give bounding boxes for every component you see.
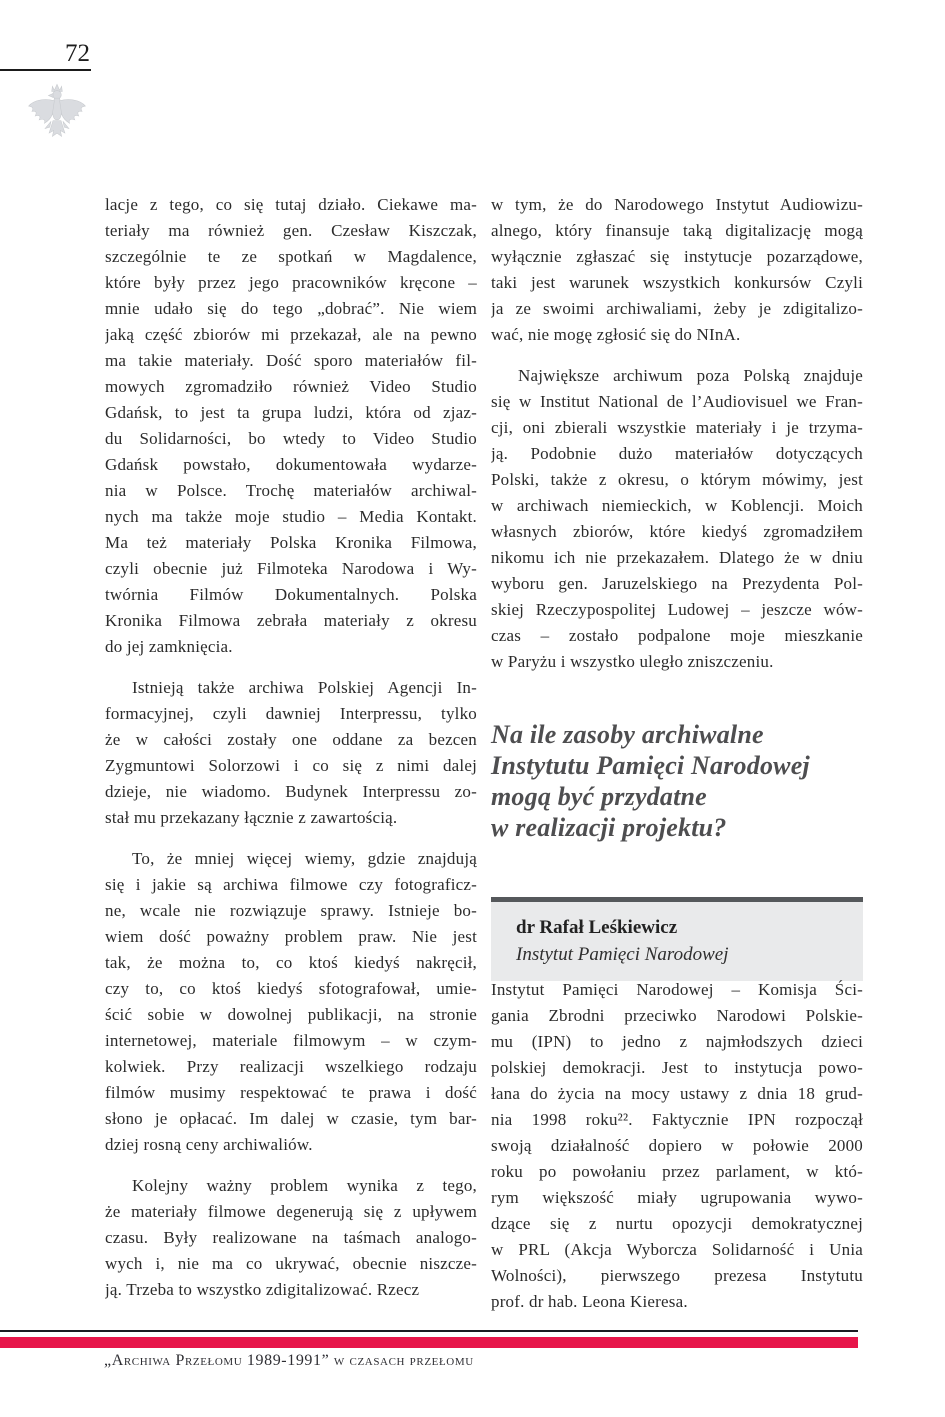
text-line: ją. Podobnie dużo materiałów dotyczących xyxy=(491,441,863,467)
text-line: ja ze swoimi archiwaliami, żeby je zdigi… xyxy=(491,296,863,322)
text-line: rym większość miały ugrupowania wywo- xyxy=(491,1185,863,1211)
section-heading-line: w realizacji projektu? xyxy=(491,812,873,843)
footer-rule xyxy=(0,1330,858,1332)
text-line: że materiały filmowe degenerują się z up… xyxy=(105,1199,477,1225)
text-line: roku po powołaniu przez parlament, w któ… xyxy=(491,1159,863,1185)
text-line: czas – zostało podpalone moje mieszkanie xyxy=(491,623,863,649)
text-line: w archiwach niemieckich, w Koblencji. Mo… xyxy=(491,493,863,519)
text-line: Największe archiwum poza Polską znajduje xyxy=(491,363,863,389)
paragraph: w tym, że do Narodowego Instytut Audiowi… xyxy=(491,192,863,348)
text-line: jaką część zbiorów mi przekazał, ale na … xyxy=(105,322,477,348)
section-heading-line: mogą być przydatne xyxy=(491,781,873,812)
text-line: mu (IPN) to jedno z najmłodszych dzieci xyxy=(491,1029,863,1055)
text-line: taki jest warunek wszystkich konkursów C… xyxy=(491,270,863,296)
text-line: polskiej demokracji. Jest to instytucja … xyxy=(491,1055,863,1081)
author-affiliation: Instytut Pamięci Narodowej xyxy=(516,941,853,968)
text-line: łana do życia na mocy ustawy z dnia 18 g… xyxy=(491,1081,863,1107)
document-page: 72 lacje z tego, co się tutaj działo. Ci… xyxy=(0,0,945,1417)
text-line: ścić sobie w dowolnej publikacji, na str… xyxy=(105,1002,477,1028)
text-line: lacje z tego, co się tutaj działo. Cieka… xyxy=(105,192,477,218)
footer-red-bar xyxy=(0,1337,858,1348)
footer-running-title: „Archiwa Przełomu 1989-1991” w czasach p… xyxy=(104,1352,474,1370)
text-line: internetowej, materiale filmowym – w czy… xyxy=(105,1028,477,1054)
text-line: które były przez jego pracowników kręcon… xyxy=(105,270,477,296)
text-line: nia w Polsce. Trochę materiałów archiwal… xyxy=(105,478,477,504)
text-line: ma takie materiały. Dość sporo materiałó… xyxy=(105,348,477,374)
text-line: szczególnie te ze spotkań w Magdalence, xyxy=(105,244,477,270)
text-line: Istnieją także archiwa Polskiej Agencji … xyxy=(105,675,477,701)
text-line: ją. Trzeba to wszystko zdigitalizować. R… xyxy=(105,1277,477,1303)
text-line: słono je opłacać. Im dalej w czasie, tym… xyxy=(105,1106,477,1132)
text-line: do jej zamknięcia. xyxy=(105,634,477,660)
text-line: Zygmuntowi Solorzowi i co się z nimi dal… xyxy=(105,753,477,779)
text-line: Kolejny ważny problem wynika z tego, xyxy=(105,1173,477,1199)
text-line: w PRL (Akcja Wyborcza Solidarność i Unia xyxy=(491,1237,863,1263)
paragraph: Instytut Pamięci Narodowej – Komisja Ści… xyxy=(491,977,863,1315)
paragraph: lacje z tego, co się tutaj działo. Cieka… xyxy=(105,192,477,660)
text-line: w Paryżu i wszystko uległo zniszczeniu. xyxy=(491,649,863,675)
text-line: Ma też materiały Polska Kronika Filmowa, xyxy=(105,530,477,556)
text-line: się i jakie są archiwa filmowe czy fotog… xyxy=(105,872,477,898)
text-line: że w całości zostały one oddane za bezce… xyxy=(105,727,477,753)
text-line: Polski, także z okresu, o którym mówimy,… xyxy=(491,467,863,493)
text-line: teriały ma również gen. Czesław Kiszczak… xyxy=(105,218,477,244)
text-line: wyłącznie zgłaszać się instytucje pozarz… xyxy=(491,244,863,270)
text-line: nych ma także moje studio – Media Kontak… xyxy=(105,504,477,530)
text-line: Kronika Filmowa zebrała materiały z okre… xyxy=(105,608,477,634)
text-line: stał mu przekazany łącznie z zawartością… xyxy=(105,805,477,831)
author-name: dr Rafał Leśkiewicz xyxy=(516,914,853,941)
text-line: czyli obecnie już Filmoteka Narodowa i W… xyxy=(105,556,477,582)
text-line: wych i, nie ma co ukrywać, obecnie niszc… xyxy=(105,1251,477,1277)
text-line: Instytut Pamięci Narodowej – Komisja Ści… xyxy=(491,977,863,1003)
text-line: filmów musimy respektować te prawa i doś… xyxy=(105,1080,477,1106)
paragraph: Największe archiwum poza Polską znajduje… xyxy=(491,363,863,675)
text-line: w tym, że do Narodowego Instytut Audiowi… xyxy=(491,192,863,218)
author-info-box: dr Rafał Leśkiewicz Instytut Pamięci Nar… xyxy=(491,897,863,981)
paragraph: Istnieją także archiwa Polskiej Agencji … xyxy=(105,675,477,831)
text-line: własnych zbiorów, które kiedyś zgromadzi… xyxy=(491,519,863,545)
text-line: mowych zgromadziło również Video Studio xyxy=(105,374,477,400)
text-line: alnego, który finansuje taką digitalizac… xyxy=(491,218,863,244)
text-line: skiej Rzeczypospolitej Ludowej – jeszcze… xyxy=(491,597,863,623)
text-line: się w Institut National de l’Audiovisuel… xyxy=(491,389,863,415)
polish-eagle-watermark-icon xyxy=(24,76,90,148)
text-line: twórnia Filmów Dokumentalnych. Polska xyxy=(105,582,477,608)
text-line: To, że mniej więcej wiemy, gdzie znajduj… xyxy=(105,846,477,872)
section-heading-line: Instytutu Pamięci Narodowej xyxy=(491,750,873,781)
text-line: czasu. Były realizowane na taśmach analo… xyxy=(105,1225,477,1251)
right-text-column-bottom: Instytut Pamięci Narodowej – Komisja Ści… xyxy=(491,977,863,1330)
text-line: gania Zbrodni przeciwko Narodowi Polskie… xyxy=(491,1003,863,1029)
text-line: formacyjnej, czyli dawniej Interpressu, … xyxy=(105,701,477,727)
text-line: wiem dość poważny problem praw. Nie jest xyxy=(105,924,477,950)
text-line: dziej rosną ceny archiwaliów. xyxy=(105,1132,477,1158)
page-number: 72 xyxy=(36,40,90,68)
text-line: mnie udało się do tego „dobrać”. Nie wie… xyxy=(105,296,477,322)
text-line: Gdańsk powstało, dokumentowała wydarze- xyxy=(105,452,477,478)
paragraph: To, że mniej więcej wiemy, gdzie znajduj… xyxy=(105,846,477,1158)
text-line: prof. dr hab. Leona Kieresa. xyxy=(491,1289,863,1315)
left-text-column: lacje z tego, co się tutaj działo. Cieka… xyxy=(105,192,477,1318)
section-heading: Na ile zasoby archiwalne Instytutu Pamię… xyxy=(491,719,873,843)
paragraph: Kolejny ważny problem wynika z tego,że m… xyxy=(105,1173,477,1303)
section-heading-line: Na ile zasoby archiwalne xyxy=(491,719,873,750)
text-line: cji, oni zbierali wszystkie materiały i … xyxy=(491,415,863,441)
text-line: dzące się z nurtu opozycji demokratyczne… xyxy=(491,1211,863,1237)
page-number-rule xyxy=(0,69,91,71)
right-text-column-top: w tym, że do Narodowego Instytut Audiowi… xyxy=(491,192,863,690)
text-line: swoją działalność dopiero w połowie 2000 xyxy=(491,1133,863,1159)
text-line: ne, wcale nie rozwiązuje sprawy. Istniej… xyxy=(105,898,477,924)
text-line: tak, że można to, co ktoś kiedyś nakręci… xyxy=(105,950,477,976)
text-line: du Solidarności, bo wtedy to Video Studi… xyxy=(105,426,477,452)
text-line: kolwiek. Przy realizacji wszelkiego rodz… xyxy=(105,1054,477,1080)
text-line: Gdańsk, to jest ta grupa ludzi, która od… xyxy=(105,400,477,426)
text-line: Wolności), pierwszego prezesa Instytutu xyxy=(491,1263,863,1289)
text-line: wyboru gen. Jaruzelskiego na Prezydenta … xyxy=(491,571,863,597)
text-line: czy to, co ktoś kiedyś sfotografował, um… xyxy=(105,976,477,1002)
text-line: nikomu ich nie przekazałem. Dlatego że w… xyxy=(491,545,863,571)
text-line: wać, nie mogę zgłosić się do NInA. xyxy=(491,322,863,348)
text-line: dzieje, nie wiadomo. Budynek Interpressu… xyxy=(105,779,477,805)
text-line: nia 1998 roku²². Faktycznie IPN rozpoczą… xyxy=(491,1107,863,1133)
